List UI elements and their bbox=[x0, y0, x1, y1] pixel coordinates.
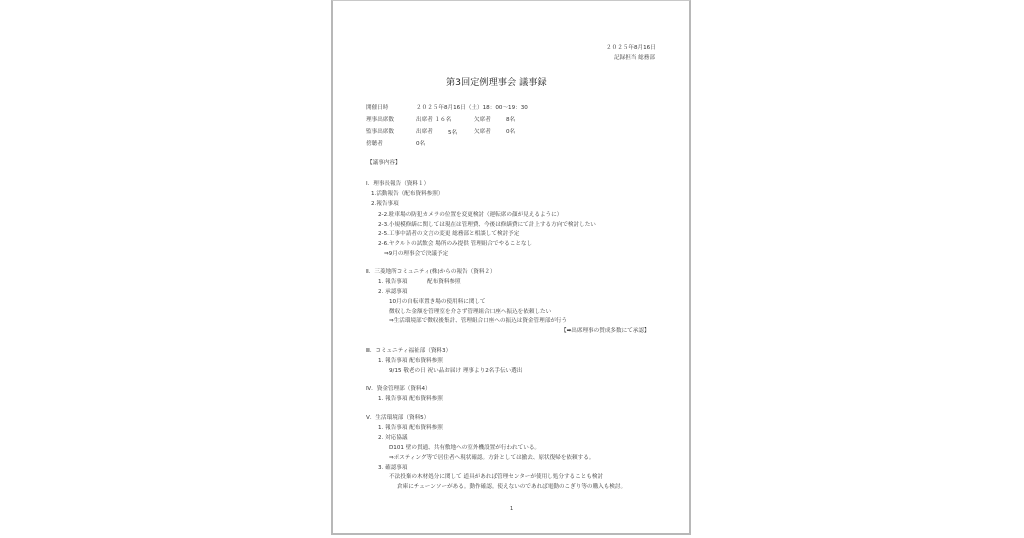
section-2-line: 配布資料参照 bbox=[427, 279, 461, 286]
meta-directors-present: 出席者 １６名 bbox=[416, 117, 451, 124]
section-1-heading: Ⅰ．理事長報告（資料１） bbox=[366, 181, 429, 188]
section-5-line: ⇒ポスティング等で居住者へ現状確認。方針としては撤去、原状復帰を依頼する。 bbox=[389, 455, 594, 462]
section-2-line: 2. 承認事項 bbox=[378, 289, 408, 296]
page-title: 第3回定例理事会 議事録 bbox=[446, 77, 547, 88]
meta-label-directors: 理事出席数 bbox=[366, 117, 394, 124]
section-5-line: 1. 報告事項 配布資料参照 bbox=[378, 425, 443, 432]
section-1-line: 2.報告事項 bbox=[371, 201, 399, 208]
section-2-line: ⇒生活環境部で徴収後集計、管理組合口座への振込は資金管理部が行う bbox=[389, 318, 567, 325]
section-2-line: 10月の自転車置き場の使用料に関して bbox=[389, 299, 486, 306]
meta-directors-absent-label: 欠席者 bbox=[474, 117, 491, 124]
section-5-line: 3. 確認事項 bbox=[378, 465, 408, 472]
section-2-line: 1. 報告事項 bbox=[378, 279, 408, 286]
section-1-line: 2-6.ヤクルトの試飲会 場所のみ提供 管理組合でやることなし bbox=[378, 241, 532, 248]
section-heading: 【議事内容】 bbox=[367, 160, 401, 167]
section-4-line: 1. 報告事項 配布資料参照 bbox=[378, 396, 443, 403]
header-date: ２０２５年8月16日 bbox=[606, 45, 656, 52]
section-5-heading: Ⅴ．生活環境部（資料5） bbox=[366, 415, 429, 422]
section-1-line: 2-5.工事中請者の文言の変更 総務部と相談して検討予定 bbox=[378, 231, 519, 238]
section-4-heading: Ⅳ．資金管理部（資料4） bbox=[366, 386, 431, 393]
section-1-line: 1.活動報告（配布資料参照） bbox=[371, 191, 443, 198]
section-3-line: 1. 報告事項 配布資料参照 bbox=[378, 358, 443, 365]
meta-label-datetime: 開催日時 bbox=[366, 105, 388, 112]
section-3-line: 9/15 敬老の日 祝い品お届け 理事より2名手伝い選出 bbox=[389, 368, 522, 375]
section-1-line: ⇒9月の理事会で決議予定 bbox=[384, 251, 448, 258]
section-1-line: 2-3.小規模修繕に関しては現在は管理費、今後は修繕費にて計上する方向で検討した… bbox=[378, 222, 596, 229]
section-3-heading: Ⅲ．コミュニティ福祉部（資料3） bbox=[366, 348, 451, 355]
section-2-line: 徴収した金額を管理室を介さず管理組合口座へ振込を依頼したい bbox=[389, 309, 551, 316]
section-2-heading: Ⅱ．三菱地所コミュニティ(株)からの報告（資料２） bbox=[366, 269, 496, 276]
meta-label-auditors: 監事出席数 bbox=[366, 129, 394, 136]
meta-label-observers: 傍聴者 bbox=[366, 141, 383, 148]
meta-directors-absent-value: 8名 bbox=[506, 117, 515, 124]
meta-auditors-present-label: 出席者 bbox=[416, 129, 433, 136]
section-5-line: 倉庫にチェーンソーがある。動作確認。使えないのであれば電動のこぎり等の購入も検討… bbox=[397, 484, 626, 491]
meta-value-observers: 0名 bbox=[416, 141, 425, 148]
section-5-line: 2. 対応協議 bbox=[378, 435, 408, 442]
meta-auditors-present-value: 5名 bbox=[448, 130, 457, 137]
section-2-line: 【➡出席理事の賛成多数にて承認】 bbox=[561, 328, 650, 335]
meta-auditors-absent-value: 0名 bbox=[506, 129, 515, 136]
meta-auditors-absent-label: 欠席者 bbox=[474, 129, 491, 136]
section-5-line: D101 壁の貫通、共有敷地への室外機設置が行われている。 bbox=[389, 445, 540, 452]
header-author: 記録担当 総務部 bbox=[614, 55, 655, 62]
page-number: 1 bbox=[510, 506, 513, 513]
section-1-line: 2-2.駐車場の防犯カメラの位置を変更検討（運転席の顔が見えるように） bbox=[378, 212, 562, 219]
section-5-line: 不法投棄の木材処分に関して 道具があれば管理センターが使用し処分することも検討 bbox=[389, 474, 603, 481]
meta-value-datetime: ２０２５年8月16日（土）18：00～19：30 bbox=[416, 105, 528, 112]
